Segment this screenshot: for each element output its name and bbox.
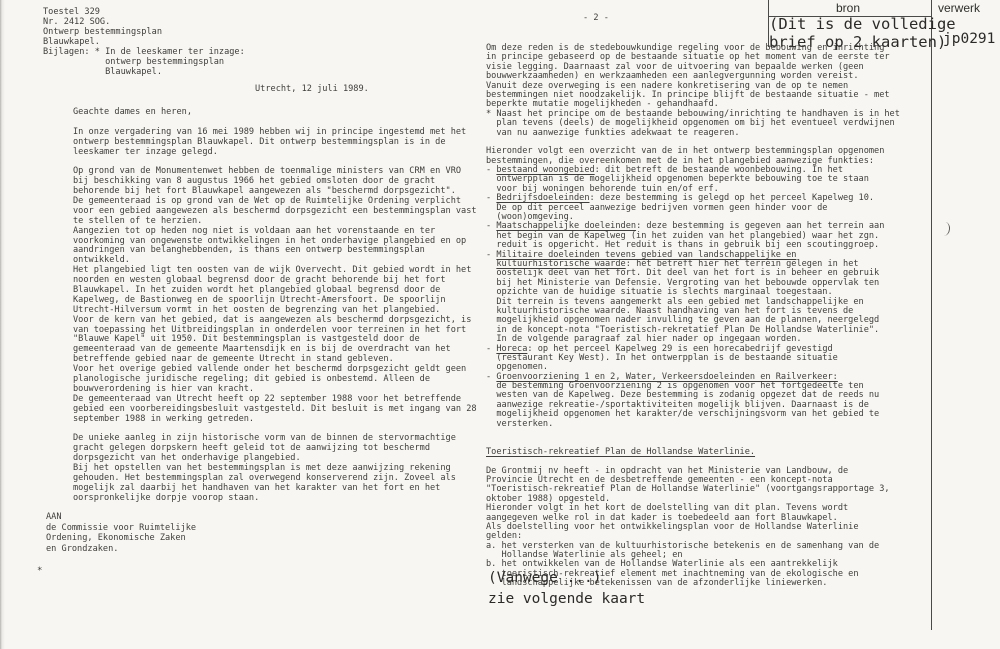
form-label-verwerk: verwerk xyxy=(938,1,980,15)
line-text: Het plangebied ligt ten oosten van de wi… xyxy=(73,265,471,275)
line-text: mogelijk zal daarbij het handhaven van h… xyxy=(73,483,440,493)
header-line-text: Blauwkapel. xyxy=(43,67,162,77)
addressee-line-text: Ordening, Ekonomische Zaken xyxy=(46,533,186,543)
scan-edge-shadow xyxy=(0,0,5,649)
line-text: Voor het overige gebied vallende onder h… xyxy=(73,364,466,374)
addressee-line: Ordening, Ekonomische Zaken xyxy=(46,533,196,544)
line-text: behorende bij het fort Blauwkapel aangew… xyxy=(73,186,456,196)
addressee-line-text: AAN xyxy=(46,512,62,522)
line-text: Voor de kern van het gebied, dat is aang… xyxy=(73,315,471,325)
header-line: Nr. 2412 SOG. xyxy=(43,17,245,27)
form-divider-right xyxy=(931,0,932,630)
line-text: bij beschikking van 8 augustus 1966 het … xyxy=(73,176,435,186)
line-text: De gemeenteraad is op grond van de Wet o… xyxy=(73,196,461,206)
header-line: Bijlagen: * In de leeskamer ter inzage: xyxy=(43,47,245,57)
line-text: Utrecht-Hilversum vormt in het oosten de… xyxy=(73,305,440,315)
right-column-text: Om deze reden is de stedebouwkundige reg… xyxy=(486,44,900,589)
addressee-line-text: en Grondzaken. xyxy=(46,544,118,554)
scanned-letter-page: Toestel 329 Nr. 2412 SOG. Ontwerp bestem… xyxy=(0,0,1000,649)
line-text: voor een gebied aangewezen als beschermd… xyxy=(73,206,477,216)
line-text: dorpsgezicht van het onderhavige plangeb… xyxy=(73,453,301,463)
line-text: De unieke aanleg in zijn historische vor… xyxy=(73,433,456,443)
line-text: september 1988 in werking getreden. xyxy=(73,414,254,424)
addressee-line: en Grondzaken. xyxy=(46,544,196,555)
text-line: september 1988 in werking getreden. xyxy=(73,415,477,425)
header-line-text: Bijlagen: * In de leeskamer ter inzage: xyxy=(43,47,245,57)
line-text: aandringen van belanghebbenden, is thans… xyxy=(73,245,425,255)
underlined-term: Toeristisch-rekreatief Plan de Hollandse… xyxy=(486,447,755,457)
addressee-line-text: de Commissie voor Ruimtelijke xyxy=(46,523,196,533)
line-text: ontwikkeld. xyxy=(73,255,130,265)
text-line: versterken. xyxy=(486,420,900,429)
annotation-note-line1: (Dit is de volledige xyxy=(769,15,956,33)
annotation-code: jp0291 xyxy=(943,31,995,47)
line-text: gebied een voorbereidingsbesluit vastges… xyxy=(73,404,477,414)
letter-date: Utrecht, 12 juli 1989. xyxy=(255,84,369,94)
line-text: In onze vergadering van 16 mei 1989 hebb… xyxy=(73,127,466,137)
addressee-line: AAN xyxy=(46,512,196,523)
text-line: Toeristisch-rekreatief Plan de Hollandse… xyxy=(486,448,900,457)
header-line-text: ontwerp bestemmingsplan xyxy=(43,57,224,67)
left-column-text: Geachte dames en heren, In onze vergader… xyxy=(73,108,477,504)
line-text: "Blauwe Kapel" uit 1950. Dit bestemmings… xyxy=(73,334,420,344)
text-line: Geachte dames en heren, xyxy=(73,108,477,118)
line-text: van nu aanwezige funkties adekwaat te re… xyxy=(486,128,740,138)
line-text: Op grond van de Monumentenwet hebben de … xyxy=(73,166,461,176)
text-line: Als doelstelling voor het ontwikkelingsp… xyxy=(486,523,900,532)
line-text: te stellen of te herzien. xyxy=(73,216,202,226)
line-text: versterken. xyxy=(486,419,553,429)
header-line-text: Toestel 329 xyxy=(43,7,100,17)
header-line: Toestel 329 xyxy=(43,7,245,17)
addressee-block: AAN de Commissie voor Ruimtelijke Ordeni… xyxy=(46,512,196,554)
annotation-vanwege: (Vanwege ...) xyxy=(488,570,602,586)
line-text: van toepassing het Uitbreidingsplan in o… xyxy=(73,325,466,335)
line-text: Geachte dames en heren, xyxy=(73,107,192,117)
line-text: De gemeenteraad van Utrecht heeft op 22 … xyxy=(73,394,461,404)
text-line: aandringen van belanghebbenden, is thans… xyxy=(73,246,477,256)
header-line: Ontwerp bestemmingsplan xyxy=(43,27,245,37)
page-number: - 2 - xyxy=(583,13,609,23)
addressee-line: de Commissie voor Ruimtelijke xyxy=(46,523,196,534)
line-text: Als doelstelling voor het ontwikkelingsp… xyxy=(486,522,859,532)
text-line: oorspronkelijke dorpje voorop staan. xyxy=(73,494,477,504)
line-text: ontwerp bestemmingsplan Blauwkapel. Dit … xyxy=(73,137,446,147)
annotation-zie-volgende-kaart: zie volgende kaart xyxy=(488,591,645,607)
line-text: gehouden. Het bestemmingsplan zal overwe… xyxy=(73,473,456,483)
line-text: gemeenteraad van de gemeente Maartensdij… xyxy=(73,344,451,354)
header-line: Blauwkapel. xyxy=(43,67,245,77)
line-text: Aangezien tot op heden nog niet is volda… xyxy=(73,226,435,236)
line-text: planologische juridische regeling; dit g… xyxy=(73,374,430,384)
text-line: leeskamer ter inzage gelegd. xyxy=(73,148,477,158)
text-line xyxy=(486,429,900,438)
header-line-text: Ontwerp bestemmingsplan xyxy=(43,27,162,37)
header-line: Blauwkapel. xyxy=(43,37,245,47)
header-line-text: Nr. 2412 SOG. xyxy=(43,17,110,27)
text-line: van nu aanwezige funkties adekwaat te re… xyxy=(486,129,900,138)
header-line-text: Blauwkapel. xyxy=(43,37,100,47)
header-line: ontwerp bestemmingsplan xyxy=(43,57,245,67)
form-label-bron: bron xyxy=(836,1,860,15)
footnote-asterisk: * xyxy=(37,566,42,576)
line-text: Blauwkapel. In het zuiden wordt het plan… xyxy=(73,285,440,295)
line-text: oorspronkelijke dorpje voorop staan. xyxy=(73,493,259,503)
line-text: Kapelweg, de Bastionweg en de spoorlijn … xyxy=(73,295,446,305)
line-text: Bij het opstellen van het bestemmingspla… xyxy=(73,463,451,473)
line-text: leeskamer ter inzage gelegd. xyxy=(73,147,218,157)
line-text: gracht gelegen dorpskern heeft geleid to… xyxy=(73,443,430,453)
line-text: bouwverordening is hier van kracht. xyxy=(73,384,254,394)
letter-header-block: Toestel 329 Nr. 2412 SOG. Ontwerp bestem… xyxy=(43,7,245,77)
pen-mark xyxy=(941,222,950,237)
line-text: noorden en westen globaal begrensd door … xyxy=(73,275,446,285)
line-text: voorkoming van ongewenste ontwikkelingen… xyxy=(73,236,466,246)
line-text: betreffende gebied naar de gemeente Utre… xyxy=(73,354,394,364)
